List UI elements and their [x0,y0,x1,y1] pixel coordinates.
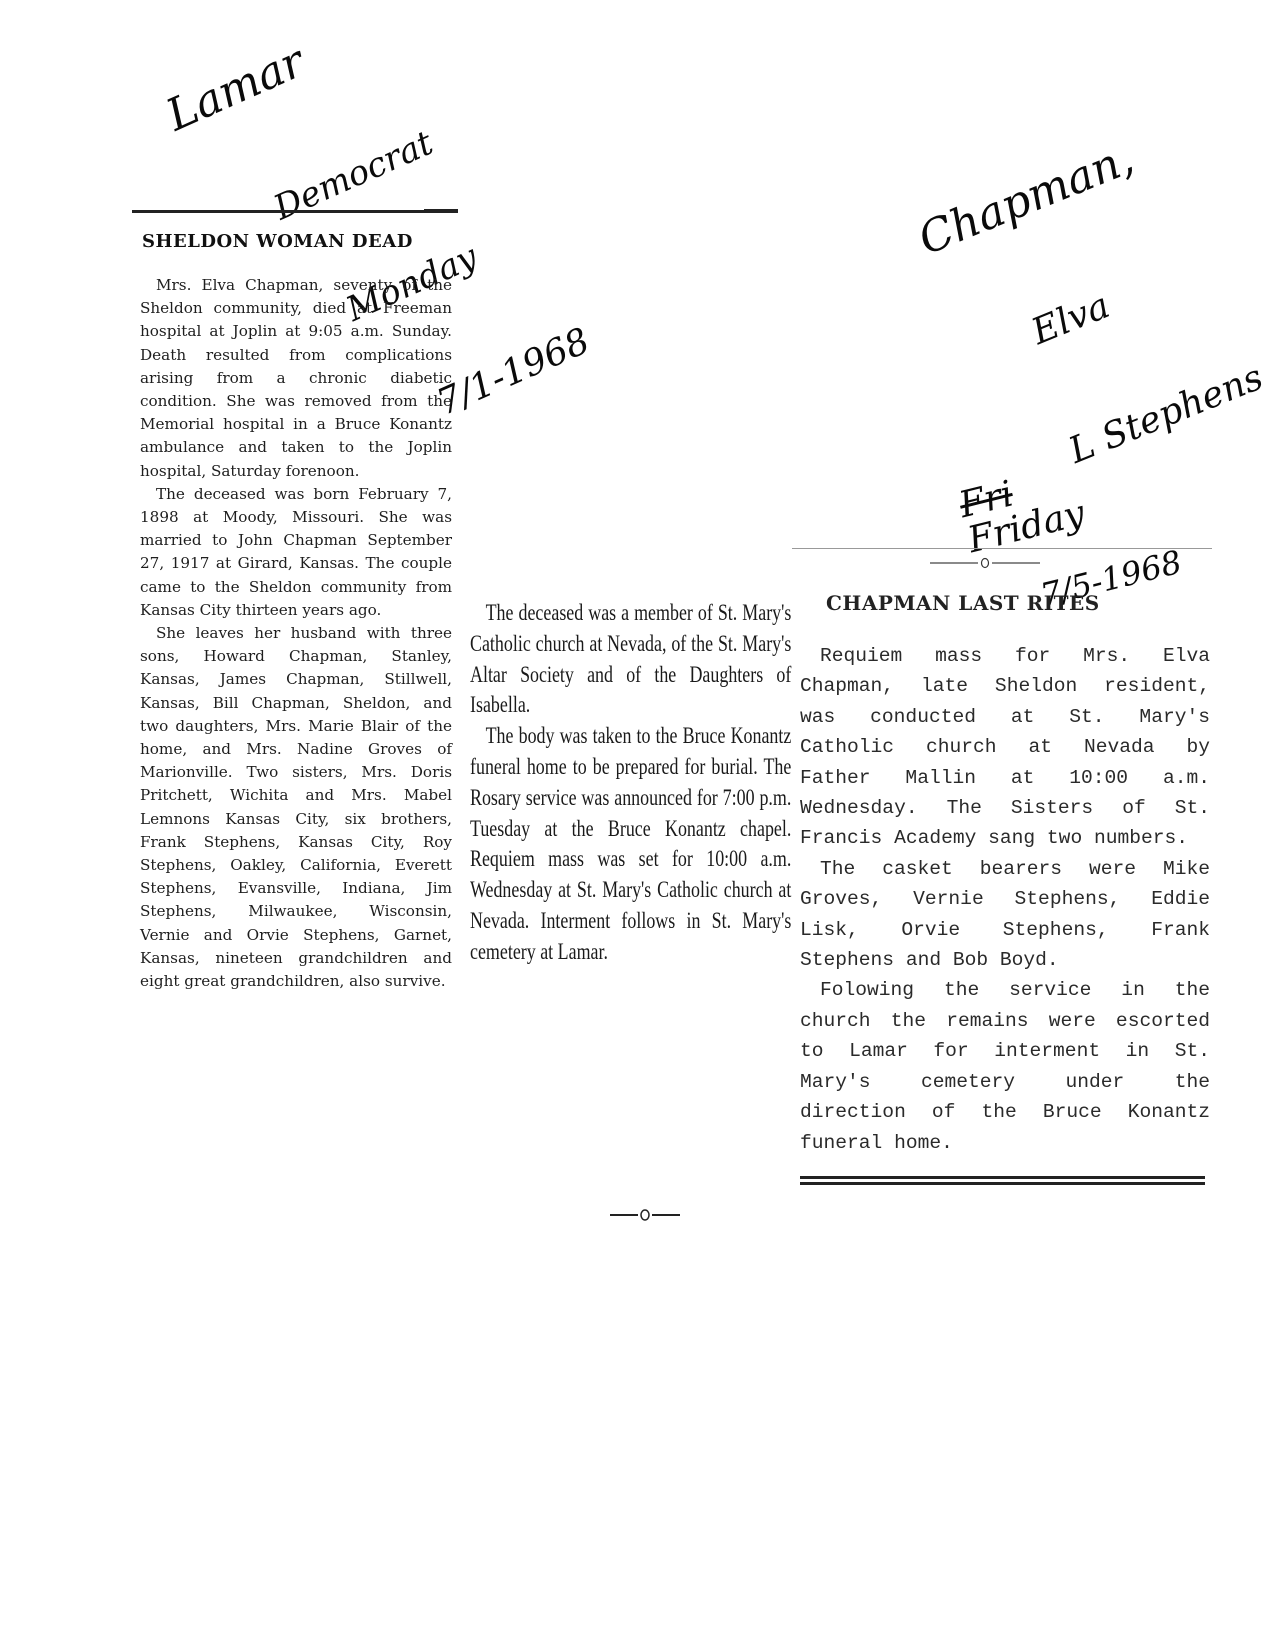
paragraph: Requiem mass for Mrs. Elva Chapman, late… [800,641,1210,854]
note-line: Democrat [269,100,495,225]
headline: SHELDON WOMAN DEAD [142,231,452,252]
paragraph: The casket bearers were Mike Groves, Ver… [800,854,1210,976]
note-line: Chapman, [913,122,1175,262]
paragraph: The deceased was a member of St. Mary's … [470,598,791,721]
paragraph: The body was taken to the Bruce Konantz … [470,721,791,967]
note-line: Lamar [161,0,445,139]
top-rule [792,548,1212,549]
article-sheldon-woman-dead: SHELDON WOMAN DEAD Mrs. Elva Chapman, se… [132,210,452,993]
note-line: 7/1-1968 [432,323,594,422]
article-chapman-last-rites: CHAPMAN LAST RITES Requiem mass for Mrs.… [800,548,1210,1188]
headline: CHAPMAN LAST RITES [826,591,1210,615]
paragraph: The deceased was born February 7, 1898 a… [132,483,452,622]
paragraph: Mrs. Elva Chapman, seventy of the Sheldo… [132,274,452,483]
header-rule [132,210,452,213]
paragraph: Folowing the service in the church the r… [800,975,1210,1157]
separator-ornament-icon [610,1208,680,1222]
separator-ornament-icon [930,557,1210,569]
bottom-rule [800,1176,1210,1185]
note-line: Elva [1027,245,1221,351]
paragraph: She leaves her husband with three sons, … [132,622,452,993]
article-continuation: The deceased was a member of St. Mary's … [470,598,792,968]
